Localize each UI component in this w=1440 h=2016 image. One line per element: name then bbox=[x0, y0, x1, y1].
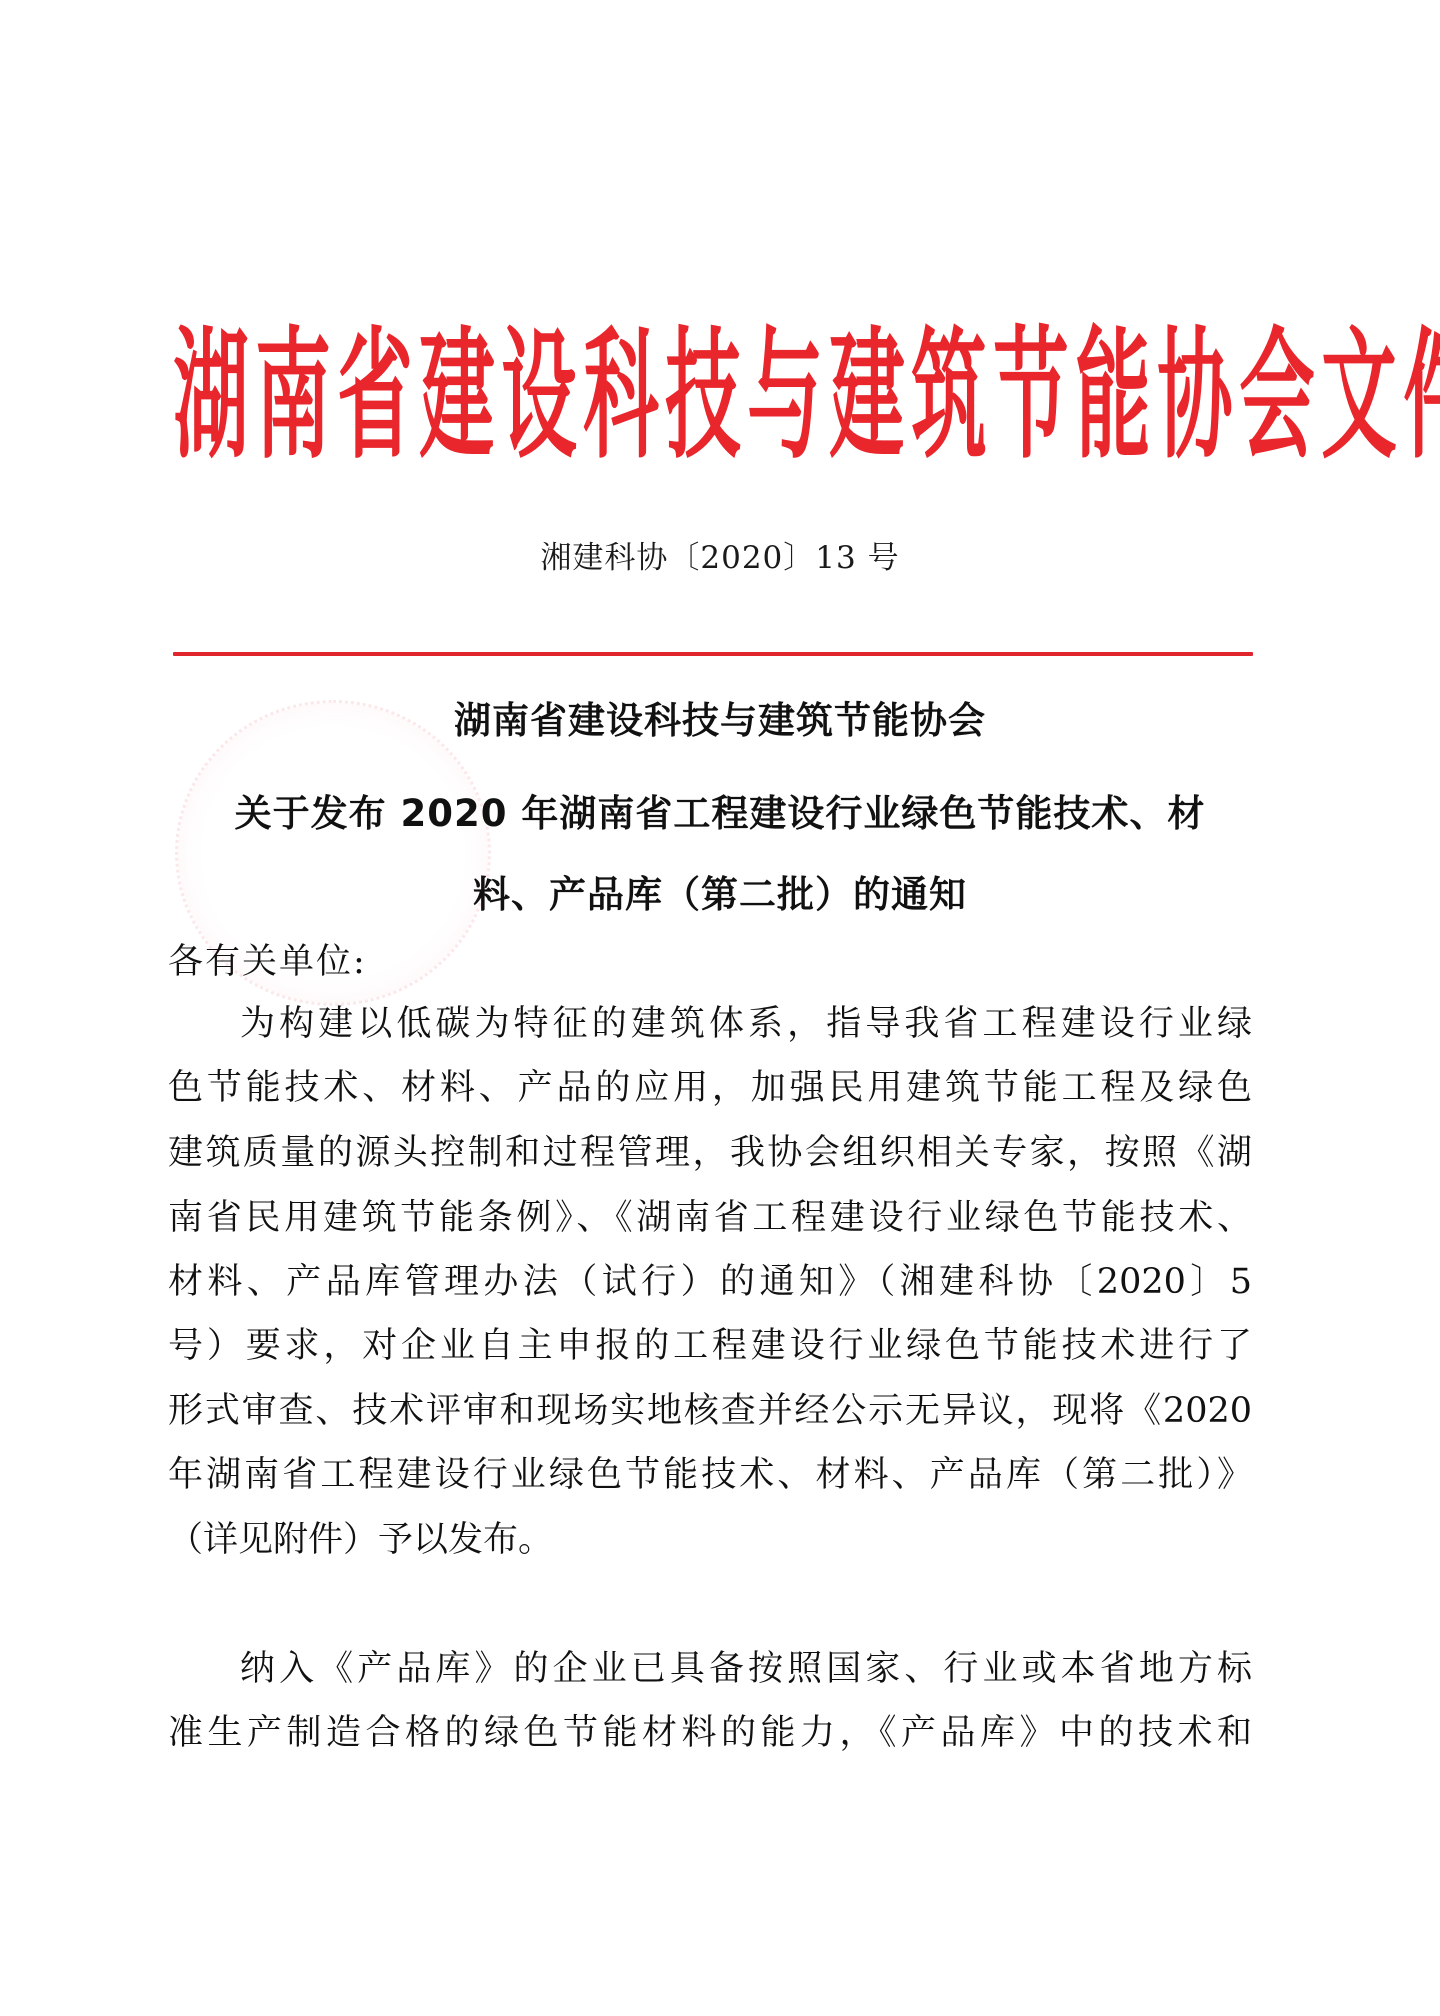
title-line-3: 料、产品库（第二批）的通知 bbox=[0, 864, 1440, 918]
body-line: 纳入《产品库》的企业已具备按照国家、行业或本省地方标 bbox=[240, 1647, 1252, 1691]
banner-char: 文 bbox=[1321, 327, 1396, 468]
banner-char: 会 bbox=[1239, 327, 1314, 468]
document-number: 湘建科协〔2020〕13 号 bbox=[0, 532, 1440, 577]
body-line: 南省民用建筑节能条例》、《湖南省工程建设行业绿色节能技术、 bbox=[168, 1196, 1252, 1240]
salutation: 各有关单位: bbox=[168, 934, 367, 984]
body-line: 为构建以低碳为特征的建筑体系，指导我省工程建设行业绿 bbox=[240, 1002, 1252, 1046]
banner-char: 科 bbox=[583, 327, 658, 468]
body-line: 准生产制造合格的绿色节能材料的能力，《产品库》中的技术和 bbox=[168, 1711, 1252, 1755]
banner-char: 技 bbox=[665, 327, 740, 468]
banner-char: 设 bbox=[501, 327, 576, 468]
banner-char: 建 bbox=[829, 327, 904, 468]
banner-char: 南 bbox=[255, 327, 330, 468]
title-line-1: 湖南省建设科技与建筑节能协会 bbox=[0, 690, 1440, 744]
banner-char: 协 bbox=[1157, 327, 1232, 468]
banner-char: 能 bbox=[1075, 327, 1150, 468]
body-line: （详见附件）予以发布。 bbox=[168, 1518, 1252, 1562]
banner-char: 与 bbox=[747, 327, 822, 468]
banner-char: 建 bbox=[419, 327, 494, 468]
body-line: 色节能技术、材料、产品的应用，加强民用建筑节能工程及绿色 bbox=[168, 1066, 1252, 1110]
body-line: 年湖南省工程建设行业绿色节能技术、材料、产品库（第二批）》 bbox=[168, 1453, 1252, 1497]
banner-char: 筑 bbox=[911, 327, 986, 468]
body-line: 建筑质量的源头控制和过程管理，我协会组织相关专家，按照《湖 bbox=[168, 1131, 1252, 1175]
banner-char: 湖 bbox=[173, 327, 248, 468]
banner-char: 省 bbox=[337, 327, 412, 468]
red-divider-rule bbox=[173, 652, 1253, 656]
title-line-2: 关于发布 2020 年湖南省工程建设行业绿色节能技术、材 bbox=[0, 783, 1440, 837]
body-line: 号）要求，对企业自主申报的工程建设行业绿色节能技术进行了 bbox=[168, 1324, 1252, 1368]
issuer-banner: 湖 南 省 建 设 科 技 与 建 筑 节 能 协 会 文 件 bbox=[170, 318, 1230, 478]
banner-char: 节 bbox=[993, 327, 1068, 468]
body-line: 材料、产品库管理办法（试行）的通知》（湘建科协〔2020〕5 bbox=[168, 1260, 1252, 1304]
banner-char: 件 bbox=[1404, 327, 1440, 468]
document-page: 湖 南 省 建 设 科 技 与 建 筑 节 能 协 会 文 件 湘建科协〔202… bbox=[0, 0, 1440, 2016]
body-line: 形式审查、技术评审和现场实地核查并经公示无异议，现将《2020 bbox=[168, 1389, 1252, 1433]
